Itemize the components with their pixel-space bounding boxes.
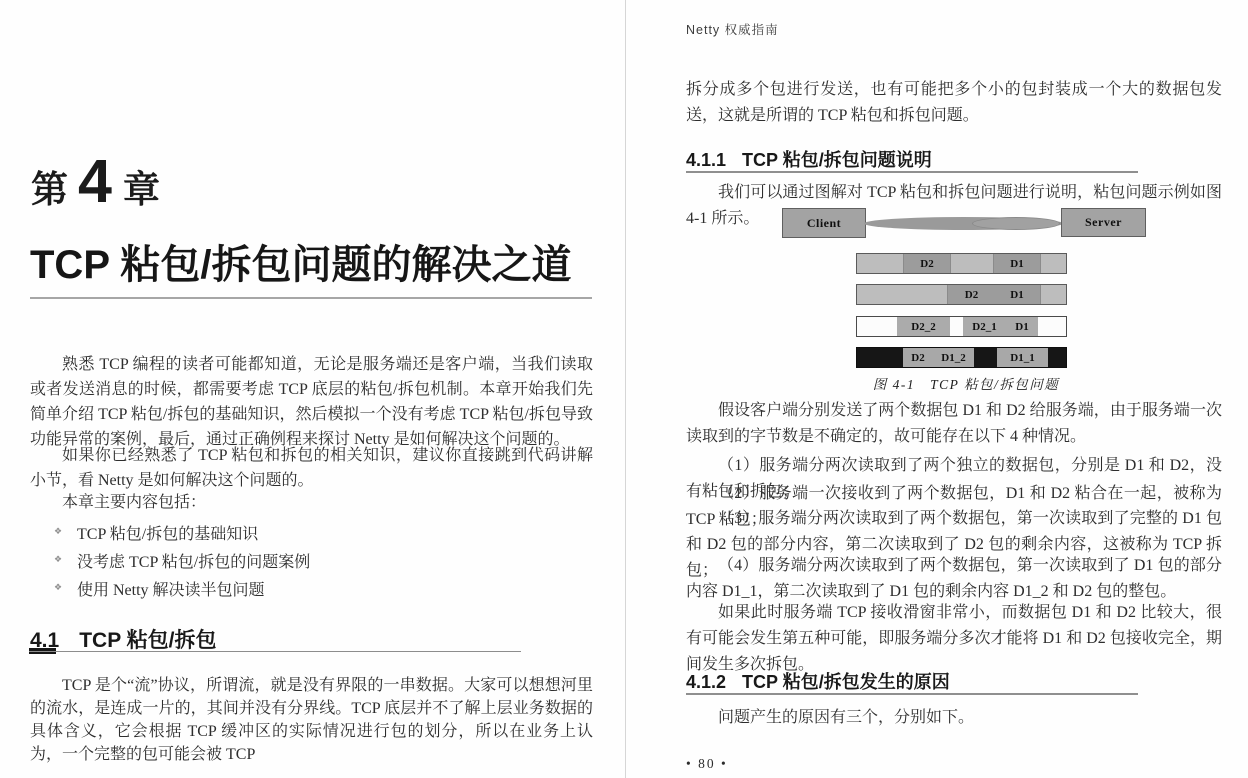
page-number: • 80 • [686, 756, 728, 772]
packet-segment-d2-1-d1: D2_1 D1 [963, 317, 1038, 336]
flower-bullet-icon: ❖ [52, 583, 64, 593]
list-item: ❖ 使用 Netty 解决读半包问题 [52, 574, 310, 602]
chapter-contents-list: ❖ TCP 粘包/拆包的基础知识 ❖ 没考虑 TCP 粘包/拆包的问题案例 ❖ … [52, 518, 310, 602]
list-item-label: 没考虑 TCP 粘包/拆包的问题案例 [77, 549, 310, 572]
window-paragraph: 如果此时服务端 TCP 接收滑窗非常小，而数据包 D1 和 D2 比较大，很有可… [686, 600, 1222, 678]
left-paragraph-1: 熟悉 TCP 编程的读者可能都知道，无论是服务端还是客户端，当我们读取或者发送消… [30, 352, 593, 452]
list-item-label: 使用 Netty 解决读半包问题 [77, 577, 265, 600]
packet-segment-d2: D2 [947, 285, 995, 304]
page-gutter-divider [625, 0, 626, 778]
chapter-title: TCP 粘包/拆包问题的解决之道 [30, 233, 572, 290]
chapter-prefix: 第 [31, 159, 68, 213]
list-item: ❖ 没考虑 TCP 粘包/拆包的问题案例 [52, 546, 310, 574]
list-item-label: TCP 粘包/拆包的基础知识 [77, 521, 258, 544]
list-item: ❖ TCP 粘包/拆包的基础知识 [52, 518, 310, 546]
case-4-paragraph: （4）服务端分两次读取到了两个数据包，第一次读取到了 D1 包的部分内容 D1_… [686, 553, 1222, 605]
packet-bar-row-1: D2 D1 [856, 253, 1067, 274]
flower-bullet-icon: ❖ [52, 555, 64, 565]
packet-segment-d2: D2 [903, 254, 951, 273]
figure-4-1: Client Server D2 D1 D2 D1 D2_2 D2_1 D1 [780, 205, 1152, 371]
packet-bar-row-4: D2 D1_2 D1_1 [856, 347, 1067, 368]
packet-segment-d1-1: D1_1 [997, 348, 1048, 367]
left-paragraph-4: TCP 是个“流”协议，所谓流，就是没有界限的一串数据。大家可以想想河里的流水，… [30, 674, 593, 766]
section-number: 4.1.2 [686, 672, 726, 693]
section-title: TCP 粘包/拆包问题说明 [742, 146, 932, 172]
packet-label-d2: D2 [911, 352, 924, 364]
packet-label-d1: D1 [1015, 321, 1028, 333]
chapter-suffix: 章 [123, 159, 160, 213]
server-node: Server [1061, 208, 1146, 237]
figure-caption: 图 4-1 TCP 粘包/拆包问题 [736, 373, 1196, 393]
packet-bar-row-3: D2_2 D2_1 D1 [856, 316, 1067, 337]
chapter-heading: 第 4 章 [31, 146, 160, 216]
section-title: TCP 粘包/拆包 [79, 624, 216, 654]
section-underline [29, 651, 521, 652]
reason-paragraph: 问题产生的原因有三个，分别如下。 [686, 705, 1222, 731]
packet-segment-d1: D1 [993, 254, 1041, 273]
section-underline [686, 171, 1138, 173]
packet-segment-d2-d1-2: D2 D1_2 [903, 348, 974, 367]
client-node: Client [782, 208, 866, 238]
section-heading-4-1: 4.1 TCP 粘包/拆包 [30, 624, 217, 654]
section-underline [686, 693, 1138, 695]
left-paragraph-2: 如果你已经熟悉了 TCP 粘包和拆包的相关知识，建议你直接跳到代码讲解小节，看 … [30, 443, 593, 493]
packet-label-d2-1: D2_1 [972, 321, 996, 333]
left-paragraph-3: 本章主要内容包括： [30, 490, 593, 515]
chapter-number: 4 [78, 146, 113, 216]
section-title: TCP 粘包/拆包发生的原因 [742, 668, 950, 694]
packet-bar-row-2: D2 D1 [856, 284, 1067, 305]
section-heading-4-1-1: 4.1.1 TCP 粘包/拆包问题说明 [686, 146, 932, 172]
right-intro-paragraph: 拆分成多个包进行发送，也有可能把多个小的包封装成一个大的数据包发送，这就是所谓的… [686, 77, 1222, 129]
running-header: Netty 权威指南 [686, 20, 779, 38]
assumption-paragraph: 假设客户端分别发送了两个数据包 D1 和 D2 给服务端，由于服务端一次读取到的… [686, 398, 1222, 450]
chapter-title-rule [30, 297, 592, 299]
packet-segment-d1: D1 [994, 285, 1041, 304]
connection-pipe-overlap [972, 217, 1060, 230]
section-number: 4.1.1 [686, 150, 726, 171]
flower-bullet-icon: ❖ [52, 527, 64, 537]
packet-segment-d2-2: D2_2 [897, 317, 950, 336]
packet-label-d1-2: D1_2 [941, 352, 965, 364]
section-heading-4-1-2: 4.1.2 TCP 粘包/拆包发生的原因 [686, 668, 950, 694]
